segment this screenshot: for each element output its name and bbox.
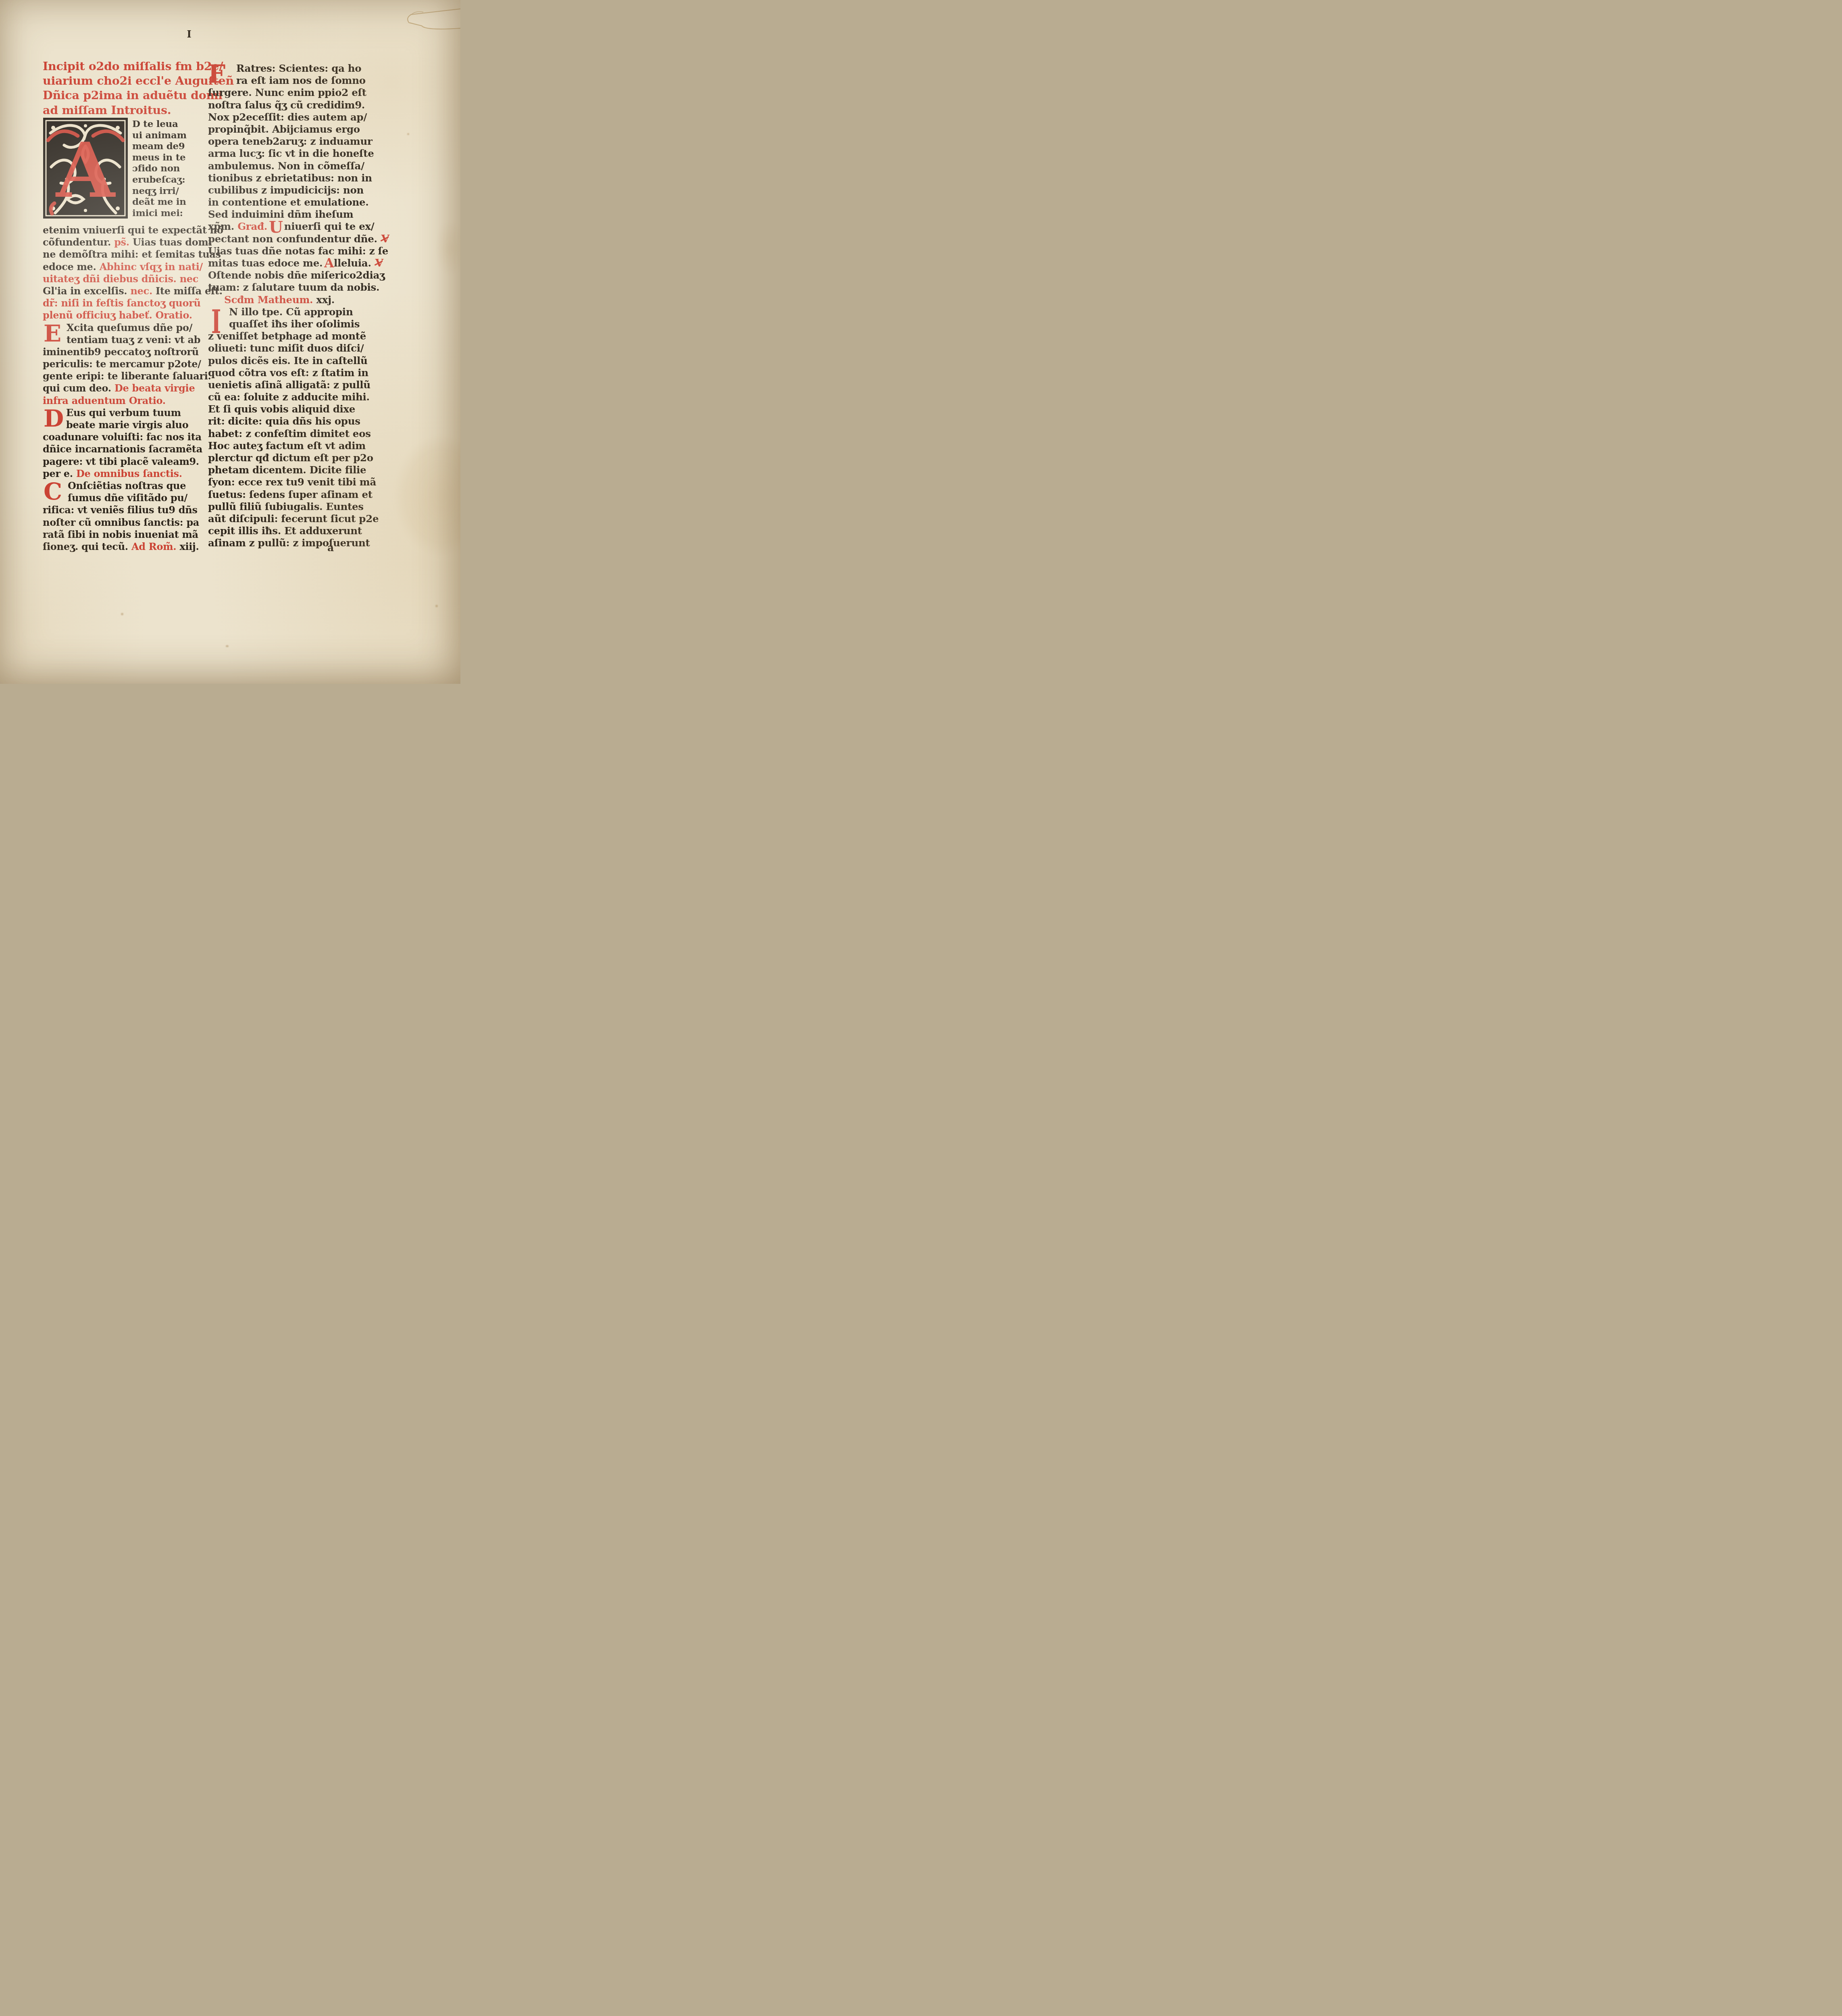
text-line: periculis: te mercamur p2ote/: [43, 358, 199, 370]
text-segment: deãt me in: [132, 196, 186, 207]
text-segment: in contentione et emulatione.: [208, 196, 368, 208]
text-segment: iminentib9 peccatoʒ noſtrorũ: [43, 346, 199, 358]
text-segment: Gl'ia in excelſis.: [43, 285, 130, 297]
text-segment: arma lucʒ: ſic vt in die honeſte: [208, 148, 374, 159]
text-line: deãt me in: [132, 196, 200, 208]
text-segment: xiij.: [179, 541, 199, 552]
text-segment: etenim vniuerſi qui te expectãt nõ: [43, 224, 223, 236]
foxing-spot: [407, 133, 409, 135]
text-segment: periculis: te mercamur p2ote/: [43, 358, 201, 370]
text-segment: Oſtende nobis dñe miſerico2diaʒ: [208, 269, 385, 281]
text-line: ſumus dñe viſitãdo pu/: [43, 492, 199, 504]
text-segment: rifica: vt veniẽs filius tu9 dñs: [43, 504, 198, 516]
text-segment: edoce me.: [43, 261, 100, 273]
missal-page: I Incipit o2do miſſalis fm b2e/uiarium c…: [0, 0, 460, 684]
text-segment: habet: z confeſtim dimitet eos: [208, 428, 371, 439]
text-line: imici mei:: [132, 208, 200, 219]
text-segment: ſurgere. Nunc enim ppio2 eſt: [208, 87, 366, 98]
page-number: I: [182, 28, 196, 40]
foxing-spot: [435, 605, 438, 607]
text-line: EXcita queſumus dñe po/: [43, 322, 199, 334]
text-segment: cubilibus z impudicicijs: non: [208, 184, 364, 196]
text-segment: Xcita queſumus dñe po/: [67, 322, 192, 333]
versicle-mark: V: [375, 257, 383, 269]
text-segment: ne demõſtra mihi: et ſemitas tuas: [43, 248, 221, 260]
text-segment: z veniſſet betphage ad montẽ: [208, 330, 366, 342]
text-line: noſter cũ omnibus ſanctis: pa: [43, 516, 199, 529]
text-segment: pagere: vt tibi placẽ valeam9.: [43, 456, 199, 467]
text-segment: tentiam tuaʒ z veni: vt ab: [67, 334, 200, 346]
woodcut-initial-art: A: [43, 118, 128, 219]
text-line: meus in te: [132, 152, 200, 163]
text-line: rit: dicite: quia dñs his opus: [208, 415, 372, 427]
text-line: plenũ officiuʒ habeť. Oratio.: [43, 309, 199, 321]
text-segment: xxj.: [316, 294, 335, 306]
corner-tear: [392, 2, 460, 36]
text-line: neqʒ irri/: [132, 185, 200, 197]
text-line: ſurgere. Nunc enim ppio2 eſt: [208, 87, 372, 99]
text-line: DEus qui verbum tuum: [43, 407, 199, 419]
text-line: aſinam z pullũ: z impoſuerunt: [208, 537, 372, 549]
text-line: ratã ſibi in nobis inueniat mã: [43, 529, 199, 541]
text-segment: uenietis aſinã alligatã: z pullũ: [208, 379, 370, 391]
text-segment: Uias tuas domi: [133, 236, 212, 248]
text-line: ui animam: [132, 130, 200, 141]
text-line: Oſtende nobis dñe miſerico2diaʒ: [208, 269, 372, 281]
text-segment: Ratres: Scientes: qa ho: [236, 62, 361, 74]
text-line: opera teneb2aruʒ: z induamur: [208, 135, 372, 148]
text-segment: mitas tuas edoce me.: [208, 257, 323, 269]
woodcut-initial-A: A: [43, 118, 128, 219]
text-segment: Incipit o2do miſſalis fm b2e/: [43, 59, 223, 73]
text-line: per e. De omnibus ſanctis.: [43, 468, 199, 480]
text-line: plerctur qđ dictum eſt per p2o: [208, 452, 372, 464]
text-line: ɔfido non: [132, 163, 200, 174]
text-line: cõfundentur. ps̃. Uias tuas domi: [43, 236, 199, 248]
lombard-a: A: [324, 256, 334, 271]
foxing-spot: [226, 645, 229, 647]
text-line: tentiam tuaʒ z veni: vt ab: [43, 334, 199, 346]
text-line: ambulemus. Non in cõmeſſa/: [208, 160, 372, 172]
text-segment: ſioneʒ. qui tecũ.: [43, 541, 131, 552]
paper-stain: [379, 415, 460, 577]
text-line: pectant non confundentur dñe.V: [208, 233, 372, 245]
text-line: Dñica p2ima in aduẽtu domi: [43, 88, 199, 102]
text-line: cubilibus z impudicicijs: non: [208, 184, 372, 196]
text-line: D te leua: [132, 119, 200, 130]
text-segment: noſter cũ omnibus ſanctis: pa: [43, 516, 199, 528]
text-line: in contentione et emulatione.: [208, 196, 372, 208]
text-line: ra eſt iam nos de ſomno: [208, 75, 372, 87]
text-segment: ra eſt iam nos de ſomno: [236, 75, 366, 86]
text-line: oliueti: tunc miſit duos diſci/: [208, 342, 372, 354]
initial-letter: A: [55, 126, 116, 215]
text-line: habet: z confeſtim dimitet eos: [208, 428, 372, 440]
text-line: Gl'ia in excelſis. nec. Ite miſſa eſt.: [43, 285, 199, 297]
text-line: arma lucʒ: ſic vt in die honeſte: [208, 148, 372, 160]
text-line: Sed induimini dñm iheſum: [208, 208, 372, 221]
text-line: Uias tuas dñe notas fac mihi: z ſe: [208, 245, 372, 257]
text-line: aũt diſcipuli: fecerunt ſicut p2e: [208, 513, 372, 525]
text-line: quaſſet iħs iher oſolimis: [208, 318, 372, 330]
text-segment: lleluia.: [334, 257, 371, 269]
text-segment: pulos dicẽs eis. Ite in caſtellũ: [208, 355, 368, 367]
text-segment: plerctur qđ dictum eſt per p2o: [208, 452, 373, 464]
text-line: tionibus z ebrietatibus: non in: [208, 172, 372, 184]
text-line: uenietis aſinã alligatã: z pullũ: [208, 379, 372, 391]
text-segment: D te leua: [132, 119, 178, 129]
text-segment: uitateʒ dñi diebus dñicis. nec: [43, 273, 198, 285]
text-line: ſioneʒ. qui tecũ. Ad Rom̃. xiij.: [43, 541, 199, 553]
text-segment: ɔfido non: [132, 163, 180, 174]
text-segment: aũt diſcipuli: fecerunt ſicut p2e: [208, 513, 379, 525]
text-segment: cũ ea: ſoluite z adducite mihi.: [208, 391, 370, 403]
text-line: meam de9: [132, 141, 200, 152]
text-segment: cõfundentur.: [43, 236, 114, 248]
text-line: cũ ea: ſoluite z adducite mihi.: [208, 391, 372, 403]
text-line: ſyon: ecce rex tu9 venit tibi mã: [208, 476, 372, 488]
text-segment: erubeſcaʒ:: [132, 174, 185, 185]
text-line: pulos dicẽs eis. Ite in caſtellũ: [208, 355, 372, 367]
text-segment: Onſciẽtias noſtras que: [68, 480, 186, 492]
text-line: noſtra ſalus q̃ʒ cũ credidim9.: [208, 99, 372, 111]
text-segment: phetam dicentem. Dicite filie: [208, 464, 366, 476]
text-line: FRatres: Scientes: qa ho: [208, 62, 372, 75]
text-segment: ſuetus: ſedens ſuper aſinam et: [208, 489, 373, 500]
right-column-text: FRatres: Scientes: qa hora eſt iam nos d…: [208, 62, 372, 550]
text-segment: beate marie virgis aluo: [66, 419, 188, 431]
text-segment: Uias tuas dñe notas fac mihi: z ſe: [208, 245, 388, 257]
text-line: Hoc auteʒ factum eſt vt adim: [208, 440, 372, 452]
text-line: quod cõtra vos eſt: z ſtatim in: [208, 367, 372, 379]
text-segment: propinq̃bit. Abijciamus ergo: [208, 123, 360, 135]
text-segment: ſyon: ecce rex tu9 venit tibi mã: [208, 476, 376, 488]
text-segment: meus in te: [132, 152, 185, 163]
text-segment: Građ.: [237, 221, 267, 232]
text-segment: quaſſet iħs iher oſolimis: [229, 318, 360, 330]
text-segment: ad miſſam Introitus.: [43, 103, 171, 117]
text-segment: noſtra ſalus q̃ʒ cũ credidim9.: [208, 99, 365, 111]
text-segment: ps̃.: [114, 236, 133, 248]
versicle-mark: V: [381, 233, 389, 245]
text-segment: gente eripi: te liberante ſaluari.: [43, 370, 211, 382]
text-segment: nec.: [130, 285, 156, 297]
text-segment: xp̃m.: [208, 221, 237, 232]
text-segment: tuam: z ſalutare tuum da nobis.: [208, 281, 379, 293]
text-line: pullũ filiũ ſubiugalis. Euntes: [208, 501, 372, 513]
text-segment: opera teneb2aruʒ: z induamur: [208, 135, 373, 147]
text-line: ne demõſtra mihi: et ſemitas tuas: [43, 248, 199, 260]
text-line: dñice incarnationis ſacramẽta: [43, 443, 199, 455]
text-segment: dr̃: niſi in feſtis ſanctoʒ quorũ: [43, 297, 201, 309]
text-segment: Hoc auteʒ factum eſt vt adim: [208, 440, 366, 452]
text-segment: De beata virgie: [114, 382, 195, 394]
text-line: z veniſſet betphage ad montẽ: [208, 330, 372, 342]
text-line: infra aduentum Oratio.: [43, 395, 199, 407]
text-segment: meam de9: [132, 141, 185, 152]
signature-mark: a: [327, 542, 334, 554]
text-segment: cepit illis iħs. Et adduxerunt: [208, 525, 362, 537]
text-line: Nox p2eceſſit: dies autem ap/: [208, 111, 372, 123]
text-segment: tionibus z ebrietatibus: non in: [208, 172, 372, 184]
text-segment: quod cõtra vos eſt: z ſtatim in: [208, 367, 368, 379]
text-segment: neqʒ irri/: [132, 185, 179, 196]
initial-side-text: D te leuaui animammeam de9meus in teɔfid…: [132, 119, 200, 219]
text-segment: coadunare voluiſti: fac nos ita: [43, 431, 202, 443]
rubric-heading: Incipit o2do miſſalis fm b2e/uiarium cho…: [43, 59, 199, 117]
text-segment: oliueti: tunc miſit duos diſci/: [208, 342, 364, 354]
paper-stain: [430, 210, 460, 286]
text-line: mitas tuas edoce me.Alleluia.V: [208, 257, 372, 269]
text-segment: pectant non confundentur dñe.: [208, 233, 377, 245]
text-segment: N illo tpe. Cũ appropin: [229, 306, 353, 318]
text-segment: dñice incarnationis ſacramẽta: [43, 443, 202, 455]
text-line: beate marie virgis aluo: [43, 419, 199, 431]
text-line: qui cum deo. De beata virgie: [43, 382, 199, 394]
text-line: etenim vniuerſi qui te expectãt nõ: [43, 224, 199, 236]
text-line: erubeſcaʒ:: [132, 174, 200, 185]
text-segment: Abhinc vſqʒ in nati/: [100, 261, 203, 273]
text-segment: uiarium cho2i eccl'e Auguſteñ: [43, 74, 234, 87]
text-line: xp̃m. Građ.Uniuerſi qui te ex/: [208, 221, 372, 233]
text-segment: ſumus dñe viſitãdo pu/: [68, 492, 187, 504]
text-segment: imici mei:: [132, 208, 183, 219]
text-segment: Nox p2eceſſit: dies autem ap/: [208, 111, 367, 123]
text-line: edoce me. Abhinc vſqʒ in nati/: [43, 261, 199, 273]
text-segment: De omnibus ſanctis.: [76, 468, 182, 479]
text-segment: niuerſi qui te ex/: [284, 221, 375, 232]
text-line: phetam dicentem. Dicite filie: [208, 464, 372, 476]
text-line: dr̃: niſi in feſtis ſanctoʒ quorũ: [43, 297, 199, 309]
foxing-spot: [121, 613, 123, 615]
text-segment: Eus qui verbum tuum: [66, 407, 181, 419]
text-line: propinq̃bit. Abijciamus ergo: [208, 123, 372, 135]
text-line: uiarium cho2i eccl'e Auguſteñ: [43, 73, 199, 88]
text-line: cepit illis iħs. Et adduxerunt: [208, 525, 372, 537]
text-segment: pullũ filiũ ſubiugalis. Euntes: [208, 501, 364, 512]
text-segment: Et ſi quis vobis aliquid dixe: [208, 403, 355, 415]
left-column-text: etenim vniuerſi qui te expectãt nõcõfund…: [43, 224, 199, 553]
text-segment: plenũ officiuʒ habeť. Oratio.: [43, 309, 192, 321]
text-segment: rit: dicite: quia dñs his opus: [208, 415, 360, 427]
text-segment: aſinam z pullũ: z impoſuerunt: [208, 537, 370, 549]
text-line: Et ſi quis vobis aliquid dixe: [208, 403, 372, 415]
text-segment: Scđm Matheum.: [224, 294, 316, 306]
text-segment: ambulemus. Non in cõmeſſa/: [208, 160, 364, 172]
text-line: gente eripi: te liberante ſaluari.: [43, 370, 199, 382]
text-line: uitateʒ dñi diebus dñicis. nec: [43, 273, 199, 285]
text-segment: Dñica p2ima in aduẽtu domi: [43, 88, 223, 102]
text-line: ad miſſam Introitus.: [43, 103, 199, 117]
text-line: COnſciẽtias noſtras que: [43, 480, 199, 492]
text-line: rifica: vt veniẽs filius tu9 dñs: [43, 504, 199, 516]
text-line: ſuetus: ſedens ſuper aſinam et: [208, 489, 372, 501]
text-segment: qui cum deo.: [43, 382, 114, 394]
text-segment: Ad Rom̃.: [131, 541, 179, 552]
text-line: Incipit o2do miſſalis fm b2e/: [43, 59, 199, 73]
text-segment: ui animam: [132, 130, 187, 141]
text-line: IN illo tpe. Cũ appropin: [208, 306, 372, 318]
text-line: tuam: z ſalutare tuum da nobis.: [208, 281, 372, 294]
text-line: Scđm Matheum. xxj.: [208, 294, 372, 306]
text-line: pagere: vt tibi placẽ valeam9.: [43, 456, 199, 468]
text-segment: ratã ſibi in nobis inueniat mã: [43, 529, 198, 540]
text-line: iminentib9 peccatoʒ noſtrorũ: [43, 346, 199, 358]
text-line: coadunare voluiſti: fac nos ita: [43, 431, 199, 443]
